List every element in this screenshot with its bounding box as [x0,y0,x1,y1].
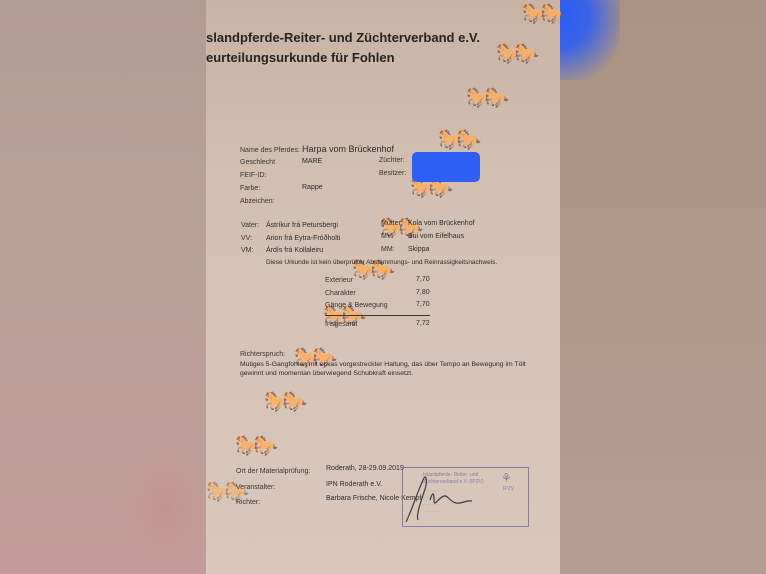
verdict-label: Richterspruch: [240,351,285,358]
score-label-gaits: Gänge & Bewegung [325,302,388,309]
color-label: Farbe: [240,185,260,192]
stamp-logo-text: IPZV [503,486,514,492]
score-label-character: Charakter [325,290,356,297]
verdict-line-1: Mutiges 5-Gangfohlen mit etwas vorgestre… [240,361,526,368]
dam-dam-label: MM: [381,246,395,253]
dam-dam-value: Skippa [408,246,429,253]
score-label-exterior: Exterieur [325,277,353,284]
horse-name: Harpa vom Brückenhof [302,144,394,154]
sire-dam-value: Árdís frá Kollaleiru [266,247,323,254]
score-total-divider [325,315,430,316]
score-value-exterior: 7,70 [416,276,430,283]
document-title: eurteilungsurkunde für Fohlen [206,50,395,65]
horse-stamp-icon: 🐎🐎 [235,436,273,456]
feif-label: FEIF-ID: [240,172,266,179]
sire-dam-label: VM: [241,247,253,254]
score-value-total: 7,72 [416,320,430,327]
breeder-label: Züchter: [379,157,405,164]
sire-label: Vater: [241,222,259,229]
owner-label: Besitzer: [379,170,406,177]
verdict-line-2: gewinnt und momentan überwiegend Schubkr… [240,370,413,377]
horse-stamp-icon: 🐎🐎 [438,130,476,150]
pedigree-disclaimer: Diese Urkunde ist kein überprüfter Absta… [266,259,497,266]
place-value: Roderath, 28-29.09.2019 [326,465,404,472]
sire-sire-value: Arion frá Eytra-Fróðholti [266,235,340,242]
judges-label: Richter: [236,499,260,506]
score-value-character: 7,80 [416,289,430,296]
horse-stamp-icon: 🐎🐎 [496,44,534,64]
name-label: Name des Pferdes: [240,147,300,154]
horse-stamp-icon: 🐎🐎 [522,4,560,24]
color-value: Rappe [302,184,323,191]
sire-sire-label: VV: [241,235,252,242]
sire-value: Ástríkur frá Petursbergi [266,222,338,229]
horse-stamp-icon: 🐎🐎 [466,88,504,108]
horse-stamp-icon: 🐎🐎 [264,392,302,412]
organizer-value: IPN Roderath e.V. [326,481,382,488]
background-right-blur [560,0,766,574]
sex-label: Geschlecht [240,159,275,166]
background-left-blur [0,0,206,574]
dam-label: Mutter: [381,220,403,227]
dam-value: Kola vom Brückenhof [408,220,475,227]
sex-value: MARE [302,158,322,165]
organizer-label: Veranstalter: [236,484,275,491]
background-blue-object [560,0,620,80]
dam-sire-value: Bui vom Eifelhaus [408,233,464,240]
org-title: slandpferde-Reiter- und Züchterverband e… [206,30,480,45]
place-label: Ort der Materialprüfung: [236,468,310,475]
dam-sire-label: MV: [381,233,393,240]
score-value-gaits: 7,70 [416,301,430,308]
score-label-total: Insgesamt [325,321,357,328]
signature [404,470,474,528]
ipzv-logo-icon: ⚘ [501,471,512,485]
markings-label: Abzeichen: [240,198,275,205]
redaction-mark [412,152,480,182]
